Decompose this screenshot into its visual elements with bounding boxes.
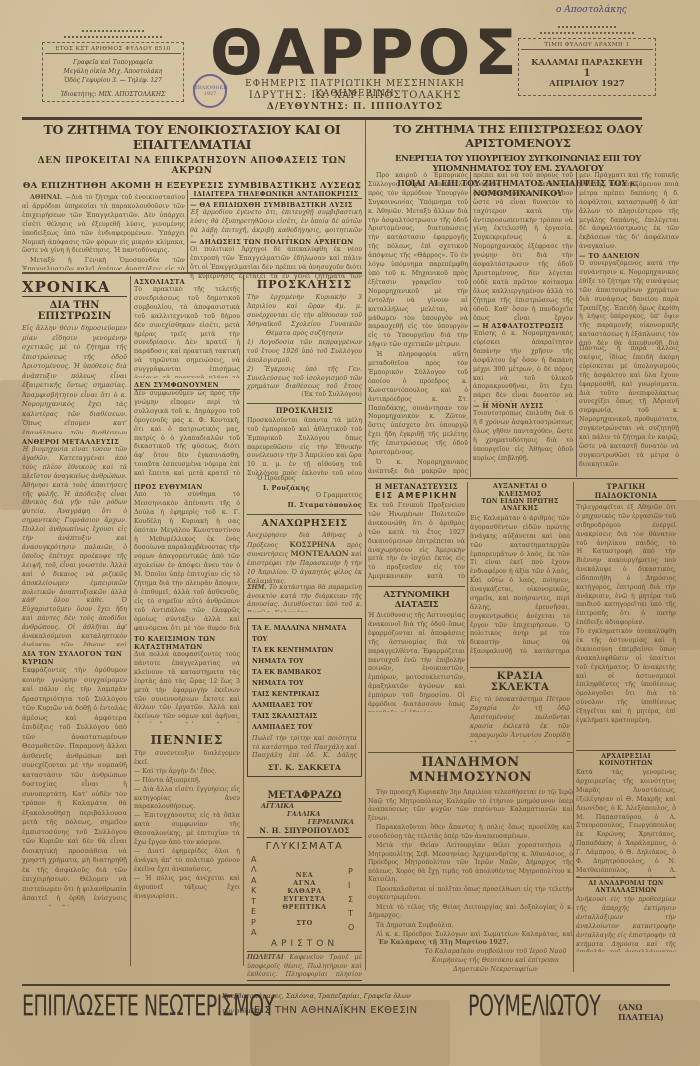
newspaper-title: ΘΑΡΡΟΣ bbox=[210, 22, 490, 84]
director: Δ/ΕΥΘΥΝΤΗΣ: Π. ΙΠΠΟΛΥΤΟΣ bbox=[225, 102, 485, 112]
furniture-advertisement: ΕΠΙΠΛΩΣΕΤΕ ΝΕΩΤΕΡΙΣΜΟΥ Κρεββατοκάμαρες, … bbox=[22, 990, 682, 1030]
right-ear: ΤΙΜΗ ΦΥΛΛΟΥ ΔΡΑΧΜΗ 1 ΚΑΛΑΜΑΙ ΠΑΡΑΣΚΕΥΗ 1… bbox=[518, 26, 656, 96]
founder: ΙΔΡΥΤΗΣ: ΙΩ. ΧΑΡ. ΑΠΟΣΤΟΛΑΚΗΣ bbox=[225, 90, 485, 101]
lead-right-col1: Πρὸ καιροῦ ὁ Ἐμπορικὸς Σύλλογος εἶχεν ἀπ… bbox=[368, 172, 468, 477]
lead-right-col2: πρέπει καὶ νὰ τοῦ πόρους τοῦ ἐδάφους κατ… bbox=[473, 172, 573, 470]
tragedy-article: ΤΡΑΓΙΚΗ ΠΑΙΔΟΚΤΟΝΙΑ Τηλεγραφεῖται ἐξ Ἀθη… bbox=[576, 482, 676, 952]
price: ΤΙΜΗ ΦΥΛΛΟΥ ΔΡΑΧΜΗ 1 bbox=[521, 41, 653, 50]
sale-notice: ΠΩΛΕΙΤΑΙ Καφενεῖον Τρανέ μὲ ὑποφεροῖς θέ… bbox=[247, 951, 362, 981]
police-header: ΑΣΤΥΝΟΜΙΚΗ ΔΙΑΤΑΞΙΣ bbox=[368, 586, 465, 610]
thread-ad-box: ΤΑ Ε. ΜΑΛΛΙΝΑ ΝΗΜΑΤΑ ΤΟΥ ΤΑ ΕΚ ΚΕΝΤΗΜΑΤΩ… bbox=[247, 618, 362, 777]
deck: ΔΕΝ ΠΡΟΚΕΙΤΑΙ ΝΑ ΕΠΙΚΡΑΤΗΣΟΥΝ ΑΠΟΦΑΣΕΙΣ … bbox=[22, 156, 362, 176]
headline: ΤΟ ΖΗΤΗΜΑ ΤΟΥ ΕΝΟΙΚΙΟΣΤΑΣΙΟΥ ΚΑΙ ΟΙ ΕΠΑΓ… bbox=[22, 122, 362, 152]
lead-right-col3: μεν. Πράγματι καὶ τῆς τοπικῆς μελέτης, ὑ… bbox=[579, 172, 679, 475]
translations-ad: ΜΕΤΑΦΡΑΖΩ ΑΓΓΛΙΚΑ ΓΑΛΛΙΚΑ ΓΕΡΜΑΝΙΚΑ Ν. Η… bbox=[247, 783, 362, 838]
office-line: Ὁδὸς Γεφυρίου 3. — Τηλέφ. 127 bbox=[45, 76, 181, 85]
office-line: Γραφεῖα καὶ Τυπογραφεῖα bbox=[45, 58, 181, 67]
ad-exhibition: ΕΙΣ ΤΗΝ ΑΘΗΝΑΪΚΗΝ ΕΚΘΕΣΙΝ bbox=[254, 1005, 418, 1016]
lead-left-sidebar: ΙΔΙΑΙΤΕΡΑ ΤΗΛΕΦΩΝΙΚΗ ΑΝΤΑΠΟΚΡΙΣΙΣ — ΘΑ Ε… bbox=[190, 190, 362, 282]
sweets-bottom: ΑΡΙΣΤΟΝ bbox=[247, 939, 362, 949]
ad-location: (ΑΝΩ ΠΛΑΤΕΙΑ) bbox=[618, 1002, 682, 1022]
departures-header: ΑΝΑΧΩΡΗΣΕΙΣ bbox=[247, 514, 362, 529]
ad-products: Κρεββατοκάμαρες, Σαλόνια, Τραπεζαρίαι, Γ… bbox=[222, 992, 411, 1000]
pennies-list: Τὴν συνέντευξιν διαλέγομεν ἐκεῖ. — Καὶ τ… bbox=[134, 750, 240, 900]
column-two: ΑΣΧΟΛΙΑΣΤΑ Τὸ πρακτικὸ τῆς τελετῆς συνεδ… bbox=[134, 278, 240, 900]
sweets-right-vertical: ΡΙΣΤΟ bbox=[348, 865, 358, 935]
ad-store-name: ΡΟΥΜΕΛΙΩΤΟΥ bbox=[468, 990, 600, 1023]
wines-header: ΚΡΑΣΙΑ ΣΚΛΕΚΤΑ bbox=[470, 671, 570, 693]
issue-day: 1 bbox=[521, 68, 653, 79]
deck: ΕΝΕΡΓΕΙΑ ΤΟΥ ΥΠΟΥΡΓΕΙΟΥ ΣΥΓΚΟΙΝΩΝΙΑΣ ΕΠΙ… bbox=[368, 154, 668, 174]
owner: Ἰδιοκτήτης: ΜΙΧ. ΑΠΟΣΤΟΛΑΚΗΣ bbox=[45, 90, 181, 99]
exchange-header: ΑΙ ΑΝΑΔΡΟΜΑΙ ΤΩΝ ΑΝΤΑΛΛΑΞΙΜΩΝ bbox=[576, 877, 676, 894]
masthead-rule bbox=[22, 117, 642, 120]
invitation-header: ΠΡΟΣΚΛΗΣΙΣ bbox=[247, 278, 362, 291]
emigration-article: Η ΜΕΤΑΝΑΣΤΕΥΣΙΣ ΕΙΣ ΑΜΕΡΙΚΗΝ Ἐκ τοῦ Γενι… bbox=[368, 482, 465, 712]
sweets-center: ΝΕΑ ΑΓΝΑ ΚΑΘΑΡΑ ΕΥΓΕΥΣΤΑ ΘΡΕΠΤΙΚΑ ΣΤΟ bbox=[267, 871, 342, 927]
lead-article-rent: ΤΟ ΖΗΤΗΜΑ ΤΟΥ ΕΝΟΙΚΙΟΣΤΑΣΙΟΥ ΚΑΙ ΟΙ ΕΠΑΓ… bbox=[22, 122, 362, 191]
elections-header: ΑΡΧΑΙΡΕΣΙΑΙ ΚΟΙΝΟΤΗΤΩΝ bbox=[576, 750, 676, 767]
place-day: ΚΑΛΑΜΑΙ ΠΑΡΑΣΚΕΥΗ bbox=[521, 58, 653, 68]
pennies-header: ΠΕΝΝΙΕΣ bbox=[134, 733, 240, 747]
newspaper-page: ο Αποστολάκης ΕΤΟΣ ΚΣΤ ΑΡΙΘΜΟΣ ΦΥΛΛΟΥ 85… bbox=[0, 0, 700, 1066]
chronika-column: ΧΡΟΝΙΚΑ ΔΙΑ ΤΗΝ ΕΠΙΣΤΡΩΣΙΝ Εἰς ἄλλην θέσ… bbox=[22, 278, 127, 906]
issue-number: ΕΤΟΣ ΚΣΤ ΑΡΙΘΜΟΣ ΦΥΛΛΟΥ 8510 bbox=[45, 45, 181, 54]
left-ear: ΕΤΟΣ ΚΣΤ ΑΡΙΘΜΟΣ ΦΥΛΛΟΥ 8510 Γραφεῖα καὶ… bbox=[42, 30, 184, 102]
lead-left-col1: ΑΘΗΝΑΙ. —Διὰ τὸ ζήτημα τοῦ ἐνοικιοστασίο… bbox=[22, 194, 185, 270]
issue-month-year: ΑΠΡΙΛΙΟΥ 1927 bbox=[521, 79, 653, 89]
handwritten-note: ο Αποστολάκης bbox=[556, 5, 627, 15]
column-three: ΠΡΟΣΚΛΗΣΙΣ Τὴν ἐρχομένην Κυριακὴν 3 Ἀπρι… bbox=[247, 278, 362, 981]
sub-header: ΔΙΑ ΤΗΝ ΕΠΙΣΤΡΩΣΙΝ bbox=[22, 300, 127, 322]
memorial-article: ΠΑΝΔΗΜΟΝ ΜΝΗΜΟΣΥΝΟΝ Τὴν προσεχῆ Κυριακὴν… bbox=[368, 755, 573, 974]
memorial-header: ΠΑΝΔΗΜΟΝ ΜΝΗΜΟΣΥΝΟΝ bbox=[368, 755, 573, 785]
sweets-ad: ΓΛΥΚΙΣΜΑΤΑ ΑΛΑΚΤΕΡΑ ΡΙΣΤΟ ΝΕΑ ΑΓΝΑ ΚΑΘΑΡ… bbox=[247, 841, 362, 951]
section-header: ΧΡΟΝΙΚΑ bbox=[22, 278, 127, 297]
headline: ΤΟ ΖΗΤΗΜΑ ΤΗΣ ΕΠΙΣΤΡΩΣΕΩΣ ΟΔΟΥ ΑΡΙΣΤΟΜΕΝ… bbox=[368, 122, 668, 150]
sweets-left-vertical: ΑΛΑΚΤΕΡΑ bbox=[251, 855, 261, 939]
office-line: Μεγάλη οἰκία Μιχ. Ἀποστολάκη bbox=[45, 67, 181, 76]
prices-article: ΑΥΞΑΝΕΤΑΙ Ο ΚΛΕΙΣΜΟΣ ΤΩΝ ΕΙΔΩΝ ΠΡΩΤΗΣ ΑΝ… bbox=[470, 482, 570, 742]
